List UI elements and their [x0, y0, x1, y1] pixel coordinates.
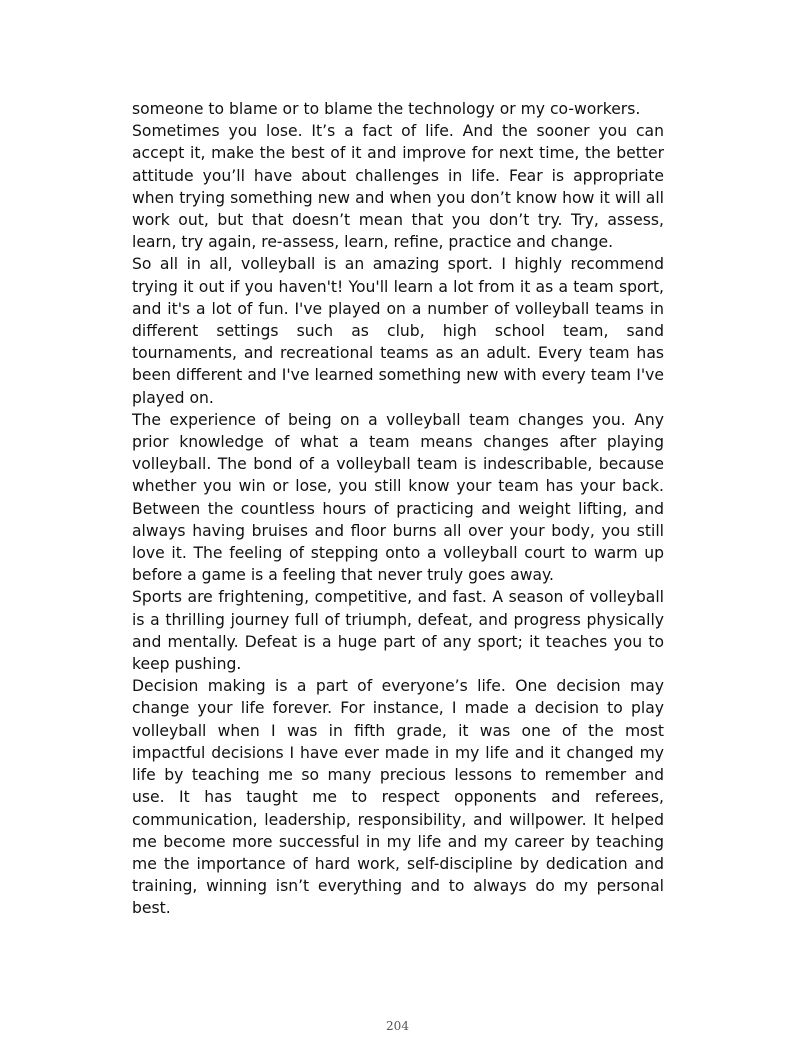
paragraph-volleyball-recommendation: So all in all, volleyball is an amazing … — [132, 253, 664, 408]
paragraph-decision-making: Decision making is a part of everyone’s … — [132, 675, 664, 919]
page-number: 204 — [0, 1019, 795, 1033]
paragraph-sometimes-you-lose: Sometimes you lose. It’s a fact of life.… — [132, 120, 664, 253]
document-page: someone to blame or to blame the technol… — [0, 0, 795, 1063]
paragraph-team-experience: The experience of being on a volleyball … — [132, 409, 664, 587]
paragraph-continuation: someone to blame or to blame the technol… — [132, 98, 664, 120]
paragraph-sports-frightening: Sports are frightening, competitive, and… — [132, 586, 664, 675]
body-text: someone to blame or to blame the technol… — [132, 98, 664, 920]
